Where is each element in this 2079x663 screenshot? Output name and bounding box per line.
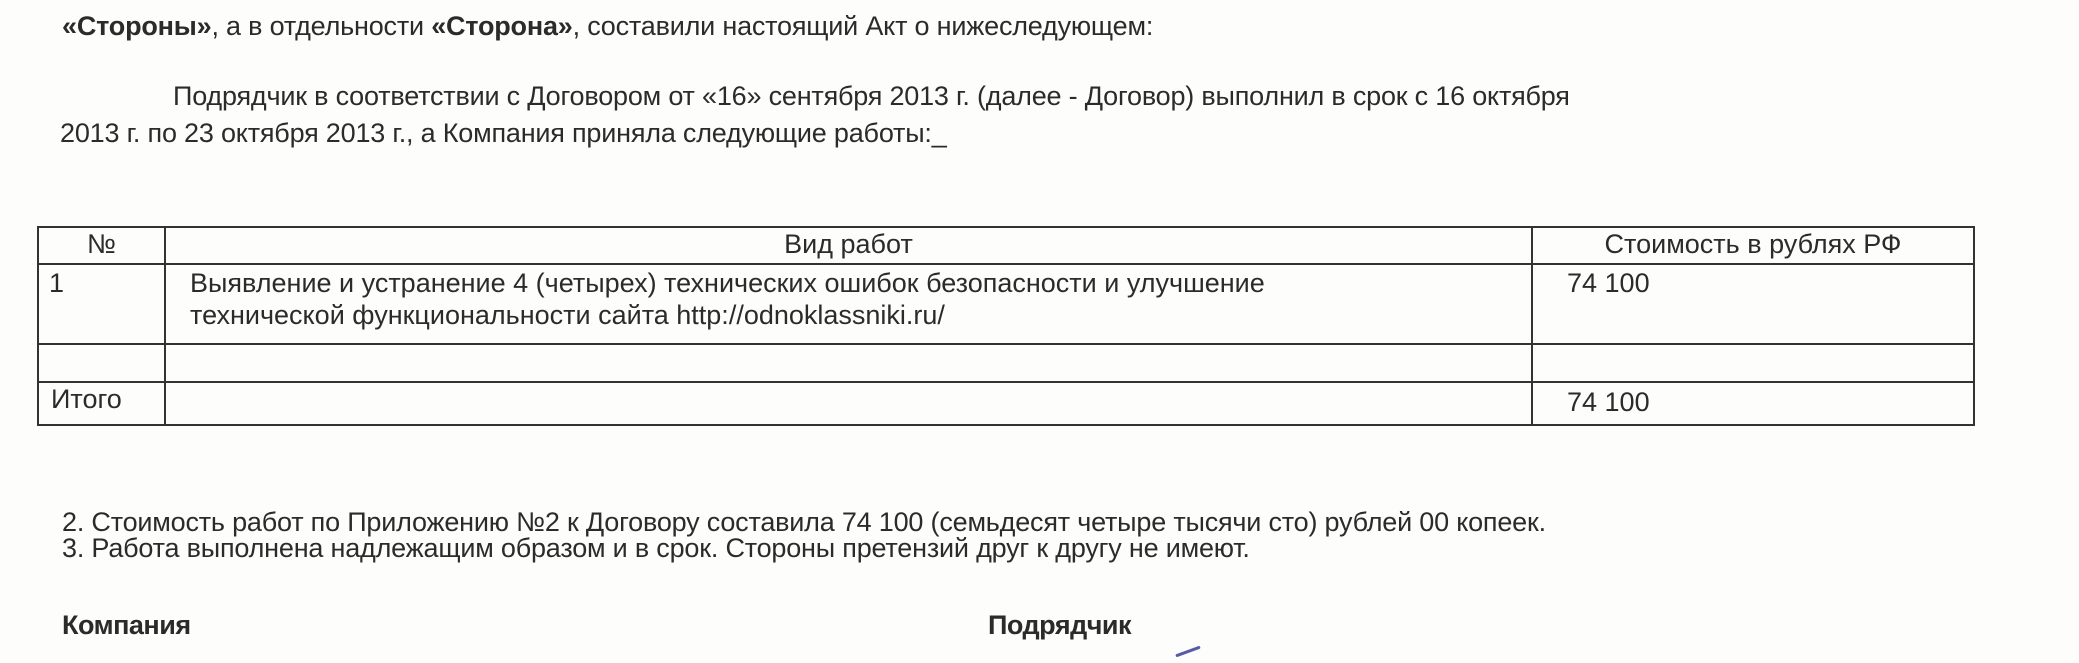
- row-description-line-1: Выявление и устранение 4 (четырех) техни…: [176, 267, 1521, 299]
- row-cost: [1532, 344, 1974, 382]
- works-table: № Вид работ Стоимость в рублях РФ 1 Выяв…: [37, 226, 1975, 426]
- row-number: 1: [38, 264, 165, 344]
- paragraph-line-1: Подрядчик в соответствии с Договором от …: [173, 80, 1570, 112]
- signature-company-label: Компания: [62, 609, 191, 641]
- intro-part-party: «Сторона»: [431, 11, 572, 41]
- header-number: №: [38, 227, 165, 264]
- total-label: Итого: [38, 382, 165, 425]
- row-description: [165, 344, 1532, 382]
- paragraph-line-2: 2013 г. по 23 октября 2013 г., а Компани…: [60, 117, 947, 149]
- table-row-empty: [38, 344, 1974, 382]
- signature-contractor-label: Подрядчик: [988, 609, 1131, 641]
- intro-line: «Стороны», а в отдельности «Сторона», со…: [62, 10, 1153, 42]
- row-description-line-2: технической функциональности сайта http:…: [176, 299, 1521, 331]
- total-cost: 74 100: [1532, 382, 1974, 425]
- act-document-page: «Стороны», а в отдельности «Сторона», со…: [0, 0, 2079, 663]
- table-row: 1 Выявление и устранение 4 (четырех) тех…: [38, 264, 1974, 344]
- header-work-type: Вид работ: [165, 227, 1532, 264]
- table-total-row: Итого 74 100: [38, 382, 1974, 425]
- header-cost: Стоимость в рублях РФ: [1532, 227, 1974, 264]
- clause-3: 3. Работа выполнена надлежащим образом и…: [62, 532, 1250, 564]
- row-cost: 74 100: [1532, 264, 1974, 344]
- intro-part-4: , составили настоящий Акт о нижеследующе…: [573, 11, 1154, 41]
- intro-part-parties: «Стороны»: [62, 11, 211, 41]
- table-header-row: № Вид работ Стоимость в рублях РФ: [38, 227, 1974, 264]
- signature-pen-stroke: [1175, 646, 1200, 658]
- row-number: [38, 344, 165, 382]
- row-description: Выявление и устранение 4 (четырех) техни…: [165, 264, 1532, 344]
- total-description: [165, 382, 1532, 425]
- intro-part-2: , а в отдельности: [211, 11, 431, 41]
